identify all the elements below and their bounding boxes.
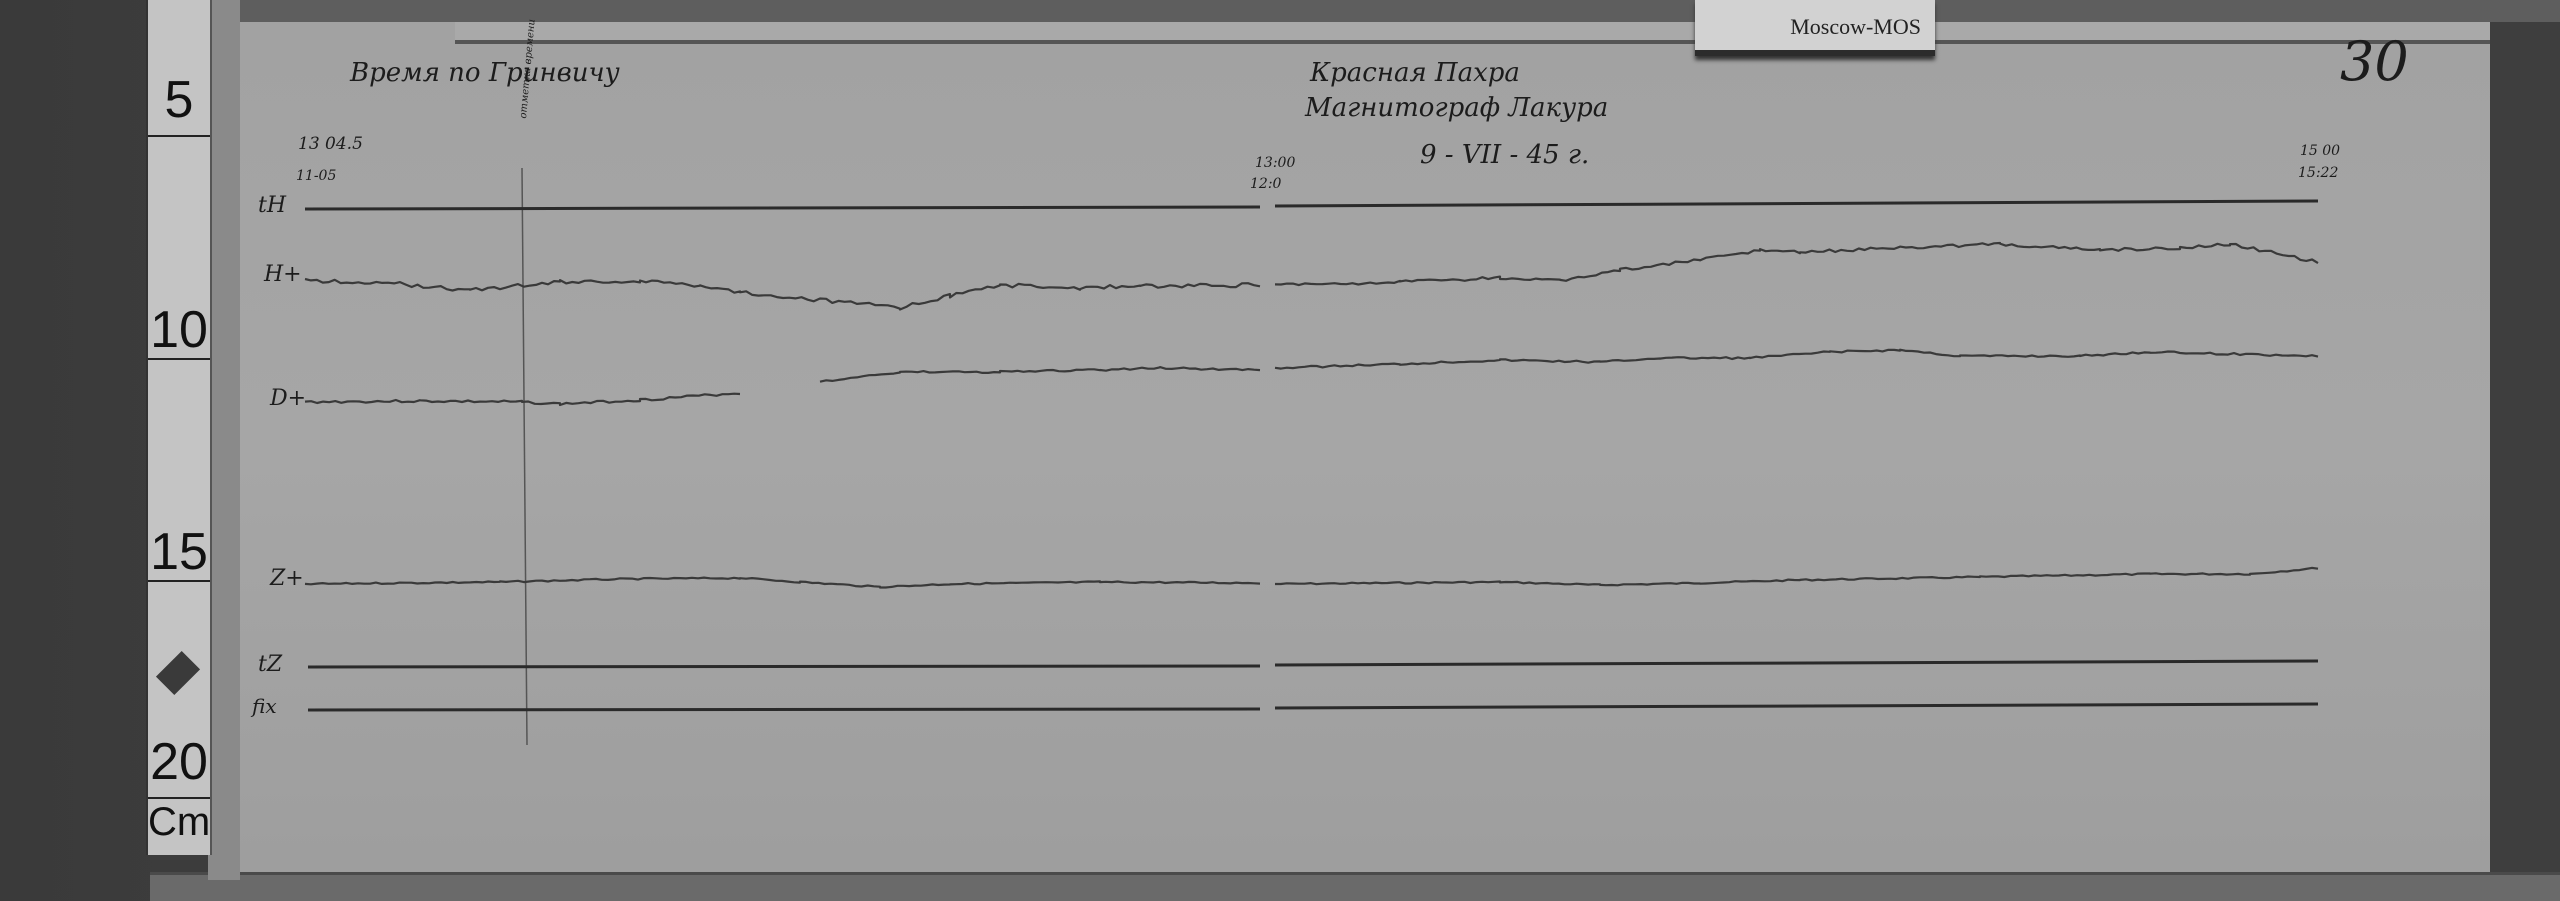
time-marker-line [522, 168, 527, 745]
variation-traces [305, 243, 2318, 588]
magnetogram-traces [0, 0, 2560, 901]
th-baseline-left [305, 207, 1260, 209]
fix-baseline-left [308, 709, 1260, 710]
tz-baseline-right [1275, 661, 2318, 665]
baselines [305, 201, 2318, 710]
tz-baseline-left [308, 666, 1260, 667]
fix-baseline-right [1275, 704, 2318, 708]
th-baseline-right [1275, 201, 2318, 206]
